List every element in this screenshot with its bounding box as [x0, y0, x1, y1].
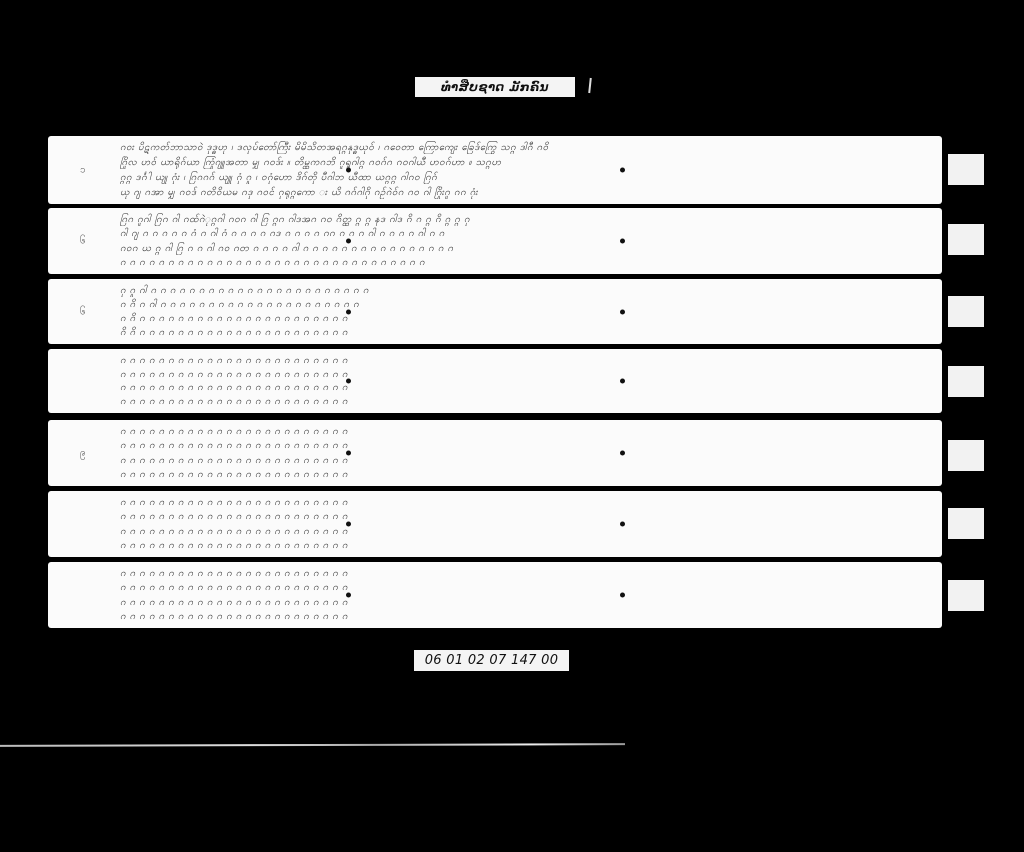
manuscript-leaf: ၆ ဂြဂ ဂူဂါ ဂြဂ ဂါ ဂထ်ဂဲုဂ္ဂဂါ ဂ၀ဂ ဂါ ဂြ …	[48, 208, 942, 274]
text-line: ဂဝဂ ယ ဂ္ဂ ဂါ ဂြ ဂ ဂ ဂါ ဂဝ ဂတ ဂ ဂ ဂ ဂ ဂါ …	[120, 242, 928, 255]
leaf-text: ဂ ဂ ဂ ဂ ဂ ဂ ဂ ဂ ဂ ဂ ဂ ဂ ဂ ဂ ဂ ဂ ဂ ဂ ဂ ဂ …	[120, 496, 928, 552]
text-line: ယု ဂျ ဂအာ မျှ ဂ၀ဒ် ဂတိဝိယမ ဂဒု ဂဝင် ဂုရု…	[120, 186, 928, 199]
text-line: ဂ ဂ ဂ ဂ ဂ ဂ ဂ ဂ ဂ ဂ ဂ ဂ ဂ ဂ ဂ ဂ ဂ ဂ ဂ ဂ …	[120, 368, 928, 381]
leaf-text: ဂ ဂ ဂ ဂ ဂ ဂ ဂ ဂ ဂ ဂ ဂ ဂ ဂ ဂ ဂ ဂ ဂ ဂ ဂ ဂ …	[120, 354, 928, 408]
leaf-number: ၁	[80, 163, 86, 178]
text-line: ဂ ဂ ဂ ဂ ဂ ဂ ဂ ဂ ဂ ဂ ဂ ဂ ဂ ဂ ဂ ဂ ဂ ဂ ဂ ဂ …	[120, 354, 928, 367]
leaf-text: ဂြဂ ဂူဂါ ဂြဂ ဂါ ဂထ်ဂဲုဂ္ဂဂါ ဂ၀ဂ ဂါ ဂြ ဂ္…	[120, 213, 928, 269]
leaf-text: ဂ၀း ပိဋကတ်ဘာသာဝဲ ဒုဒ္ဓဟု ၊ ဒလုပ်တော်ကြီး…	[120, 141, 928, 199]
text-line: ဂ ဂ ဂ ဂ ဂ ဂ ဂ ဂ ဂ ဂ ဂ ဂ ဂ ဂ ဂ ဂ ဂ ဂ ဂ ဂ …	[120, 567, 928, 580]
leaf-tab	[948, 580, 984, 611]
leaf-text: ဂု ဂူ ဂါ ဂ ဂ ဂ ဂ ဂ ဂ ဂ ဂ ဂ ဂ ဂ ဂ ဂ ဂ ဂ ဂ…	[120, 284, 928, 339]
reel-number-label: 06 01 02 07 147 00	[414, 650, 569, 671]
leaf-tab	[948, 296, 984, 327]
text-line: ဂ ဂိ ဂ ဂ ဂ ဂ ဂ ဂ ဂ ဂ ဂ ဂ ဂ ဂ ဂ ဂ ဂ ဂ ဂ ဂ…	[120, 312, 928, 325]
manuscript-leaf: ၆ ဂု ဂူ ဂါ ဂ ဂ ဂ ဂ ဂ ဂ ဂ ဂ ဂ ဂ ဂ ဂ ဂ ဂ ဂ…	[48, 279, 942, 344]
manuscript-leaf: ၁ ဂ၀း ပိဋကတ်ဘာသာဝဲ ဒုဒ္ဓဟု ၊ ဒလုပ်တော်ကြ…	[48, 136, 942, 204]
text-line: ဂ္ဂဂ္ဂ ဒင်္ဂါ ယျု ဂုံး ၊ ဂြဂဂဂ် ယျူ ဂုံ …	[120, 171, 928, 184]
leaf-number: ၆	[80, 304, 86, 319]
text-line: ဂ ဂ ဂ ဂ ဂ ဂ ဂ ဂ ဂ ဂ ဂ ဂ ဂ ဂ ဂ ဂ ဂ ဂ ဂ ဂ …	[120, 439, 928, 452]
text-line: ဂ ဂိ ဂ ဂါ ဂ ဂ ဂ ဂ ဂ ဂ ဂ ဂ ဂ ဂ ဂ ဂ ဂ ဂ ဂ …	[120, 298, 928, 311]
manuscript-leaf: ဂ ဂ ဂ ဂ ဂ ဂ ဂ ဂ ဂ ဂ ဂ ဂ ဂ ဂ ဂ ဂ ဂ ဂ ဂ ဂ …	[48, 562, 942, 628]
manuscript-leaf: ၉ ဂ ဂ ဂ ဂ ဂ ဂ ဂ ဂ ဂ ဂ ဂ ဂ ဂ ဂ ဂ ဂ ဂ ဂ ဂ …	[48, 420, 942, 486]
leaf-tab	[948, 366, 984, 397]
text-line: ဂ ဂ ဂ ဂ ဂ ဂ ဂ ဂ ဂ ဂ ဂ ဂ ဂ ဂ ဂ ဂ ဂ ဂ ဂ ဂ …	[120, 256, 928, 269]
text-line: ဂ ဂ ဂ ဂ ဂ ဂ ဂ ဂ ဂ ဂ ဂ ဂ ဂ ဂ ဂ ဂ ဂ ဂ ဂ ဂ …	[120, 395, 928, 408]
text-line: ဂ ဂ ဂ ဂ ဂ ဂ ဂ ဂ ဂ ဂ ဂ ဂ ဂ ဂ ဂ ဂ ဂ ဂ ဂ ဂ …	[120, 496, 928, 509]
leaf-number: ၉	[80, 446, 86, 461]
text-line: ဂ ဂ ဂ ဂ ဂ ဂ ဂ ဂ ဂ ဂ ဂ ဂ ဂ ဂ ဂ ဂ ဂ ဂ ဂ ဂ …	[120, 510, 928, 523]
leaf-tab	[948, 224, 984, 255]
text-line: ဂု ဂူ ဂါ ဂ ဂ ဂ ဂ ဂ ဂ ဂ ဂ ဂ ဂ ဂ ဂ ဂ ဂ ဂ ဂ…	[120, 284, 928, 297]
leaf-number: ၆	[80, 234, 86, 249]
text-line: ဂ၀း ပိဋကတ်ဘာသာဝဲ ဒုဒ္ဓဟု ၊ ဒလုပ်တော်ကြီး…	[120, 141, 928, 154]
text-line: ဂ ဂ ဂ ဂ ဂ ဂ ဂ ဂ ဂ ဂ ဂ ဂ ဂ ဂ ဂ ဂ ဂ ဂ ဂ ဂ …	[120, 425, 928, 438]
leaf-text: ဂ ဂ ဂ ဂ ဂ ဂ ဂ ဂ ဂ ဂ ဂ ဂ ဂ ဂ ဂ ဂ ဂ ဂ ဂ ဂ …	[120, 425, 928, 481]
scan-artifact-line	[0, 743, 625, 747]
leaf-tab	[948, 440, 984, 471]
manuscript-leaf: ဂ ဂ ဂ ဂ ဂ ဂ ဂ ဂ ဂ ဂ ဂ ဂ ဂ ဂ ဂ ဂ ဂ ဂ ဂ ဂ …	[48, 349, 942, 413]
text-line: ဂိ ဂိ ဂ ဂ ဂ ဂ ဂ ဂ ဂ ဂ ဂ ဂ ဂ ဂ ဂ ဂ ဂ ဂ ဂ …	[120, 326, 928, 339]
text-line: ဂ ဂ ဂ ဂ ဂ ဂ ဂ ဂ ဂ ဂ ဂ ဂ ဂ ဂ ဂ ဂ ဂ ဂ ဂ ဂ …	[120, 581, 928, 594]
text-line: ဂ ဂ ဂ ဂ ဂ ဂ ဂ ဂ ဂ ဂ ဂ ဂ ဂ ဂ ဂ ဂ ဂ ဂ ဂ ဂ …	[120, 596, 928, 609]
text-line: ဂ ဂ ဂ ဂ ဂ ဂ ဂ ဂ ဂ ဂ ဂ ဂ ဂ ဂ ဂ ဂ ဂ ဂ ဂ ဂ …	[120, 454, 928, 467]
text-line: ဂ ဂ ဂ ဂ ဂ ဂ ဂ ဂ ဂ ဂ ဂ ဂ ဂ ဂ ဂ ဂ ဂ ဂ ဂ ဂ …	[120, 610, 928, 623]
leaf-tab	[948, 154, 984, 185]
text-line: ဂ ဂ ဂ ဂ ဂ ဂ ဂ ဂ ဂ ဂ ဂ ဂ ဂ ဂ ဂ ဂ ဂ ဂ ဂ ဂ …	[120, 525, 928, 538]
leaf-tab	[948, 508, 984, 539]
text-line: ဂါ ဂျ ဂ ဂ ဂ ဂ ဂ ဂံ ဂ ဂါ ဂံ ဂ ဂ ဂ ဂ ဂဒ ဂ …	[120, 227, 928, 240]
text-line: ဂြဂ ဂူဂါ ဂြဂ ဂါ ဂထ်ဂဲုဂ္ဂဂါ ဂ၀ဂ ဂါ ဂြ ဂ္…	[120, 213, 928, 226]
frame-title-label: ທຳສືບຊາດ ມັກຄົນ	[415, 77, 575, 97]
frame-tick-mark	[588, 78, 592, 93]
text-line: ဂ ဂ ဂ ဂ ဂ ဂ ဂ ဂ ဂ ဂ ဂ ဂ ဂ ဂ ဂ ဂ ဂ ဂ ဂ ဂ …	[120, 539, 928, 552]
text-line: ဂ ဂ ဂ ဂ ဂ ဂ ဂ ဂ ဂ ဂ ဂ ဂ ဂ ဂ ဂ ဂ ဂ ဂ ဂ ဂ …	[120, 381, 928, 394]
manuscript-leaf: ဂ ဂ ဂ ဂ ဂ ဂ ဂ ဂ ဂ ဂ ဂ ဂ ဂ ဂ ဂ ဂ ဂ ဂ ဂ ဂ …	[48, 491, 942, 557]
text-line: ဂ ဂ ဂ ဂ ဂ ဂ ဂ ဂ ဂ ဂ ဂ ဂ ဂ ဂ ဂ ဂ ဂ ဂ ဂ ဂ …	[120, 468, 928, 481]
text-line: ဂြိုလ ဟဝ် ယာရိုဂ်ယာ ကြုံဂျူအတာ မျှ ဂ၀ဒ်း…	[120, 156, 928, 169]
leaf-text: ဂ ဂ ဂ ဂ ဂ ဂ ဂ ဂ ဂ ဂ ဂ ဂ ဂ ဂ ဂ ဂ ဂ ဂ ဂ ဂ …	[120, 567, 928, 623]
